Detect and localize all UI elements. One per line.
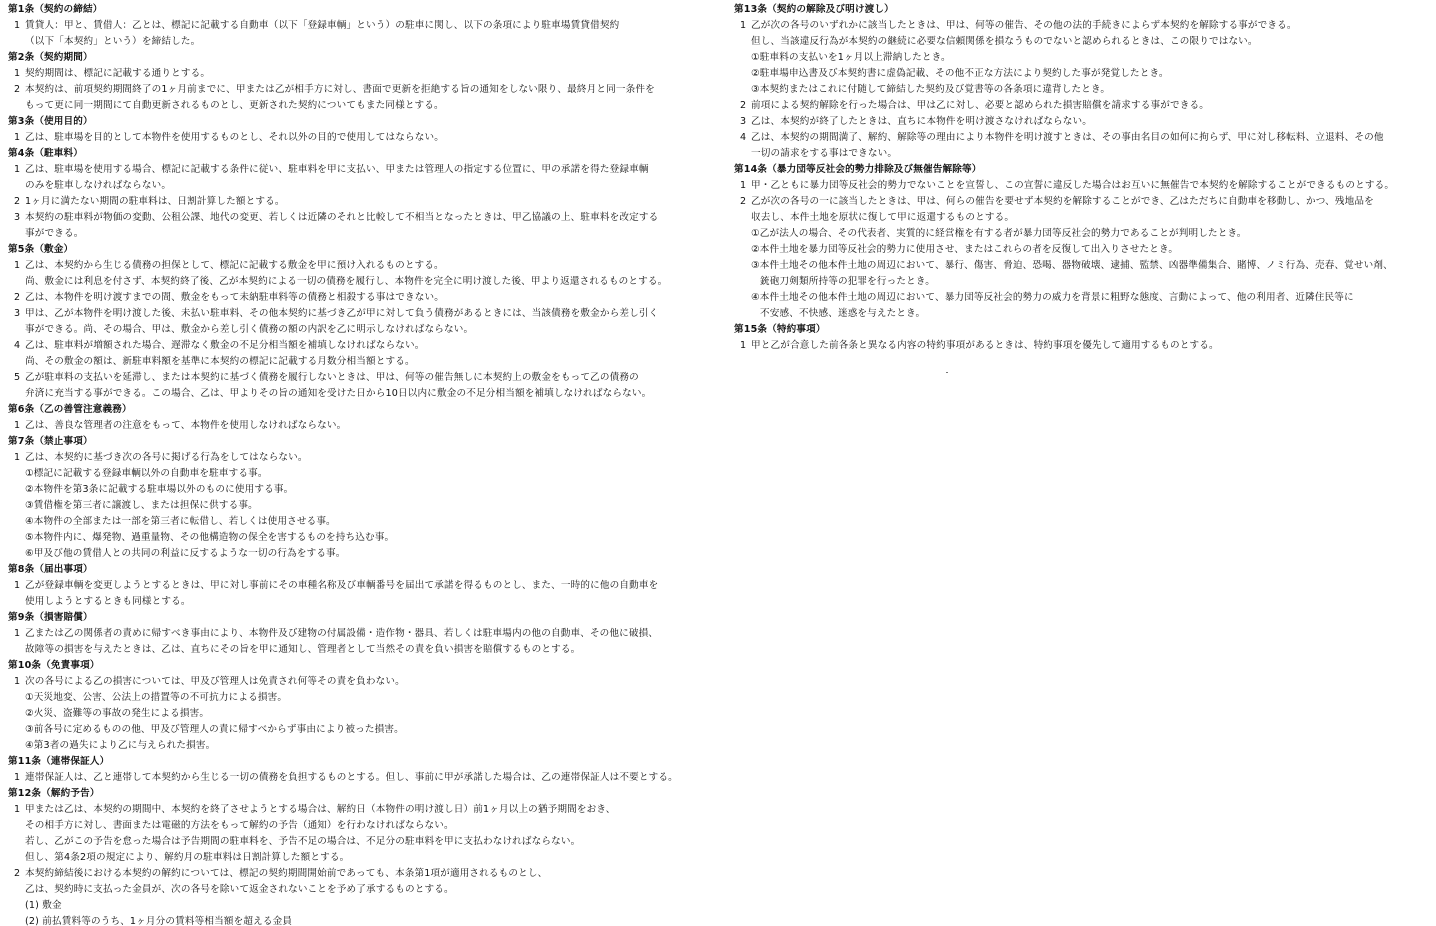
- sub-item: ④第3者の過失により乙に与えられた損害。: [8, 738, 708, 754]
- clause-text: 乙は、駐車場を使用する場合、標記に記載する条件に従い、駐車料を甲に支払い、甲また…: [25, 164, 649, 175]
- article-heading: 第8条（届出事項）: [8, 562, 708, 578]
- article-heading: 第12条（解約予告）: [8, 786, 708, 802]
- continuation-line: 若し、乙がこの予告を怠った場合は予告期間の駐車料を、予告不足の場合は、不足分の駐…: [8, 834, 708, 850]
- clause-number: 3: [14, 306, 25, 322]
- article-heading: 第10条（免責事項）: [8, 658, 708, 674]
- continuation-line: 故障等の損害を与えたときは、乙は、直ちにその旨を甲に通知し、管理者として当然その…: [8, 642, 708, 658]
- clause-number: 1: [14, 674, 25, 690]
- article-heading: 第2条（契約期間）: [8, 50, 708, 66]
- clause-number: 4: [740, 130, 751, 146]
- sub-item: ②駐車場申込書及び本契約書に虚偽記載、その他不正な方法により契約した事が発覚した…: [734, 66, 1434, 82]
- clause-item: 1乙は、善良な管理者の注意をもって、本物件を使用しなければならない。: [8, 418, 708, 434]
- clause-item: 2本契約は、前項契約期間終了の1ヶ月前までに、甲または乙が相手方に対し、書面で更…: [8, 82, 708, 98]
- continuation-line: 尚、敷金には利息を付さず、本契約終了後、乙が本契約による一切の債務を履行し、本物…: [8, 274, 708, 290]
- clause-number: 2: [14, 82, 25, 98]
- clause-item: 1連帯保証人は、乙と連帯して本契約から生じる一切の債務を負担するものとする。但し…: [8, 770, 708, 786]
- clause-number: 1: [14, 578, 25, 594]
- clause-number: 1: [14, 626, 25, 642]
- clause-item: 1甲・乙ともに暴力団等反社会的勢力でないことを宣誓し、この宣誓に違反した場合はお…: [734, 178, 1434, 194]
- clause-text: 次の各号による乙の損害については、甲及び管理人は免責され何等その責を負わない。: [25, 676, 405, 687]
- sub-item: ⑤本物件内に、爆発物、過重量物、その他構造物の保全を害するものを持ち込む事。: [8, 530, 708, 546]
- clause-text: 連帯保証人は、乙と連帯して本契約から生じる一切の債務を負担するものとする。但し、…: [25, 772, 678, 783]
- clause-item: 1乙は、駐車場を使用する場合、標記に記載する条件に従い、駐車料を甲に支払い、甲ま…: [8, 162, 708, 178]
- clause-number: 1: [14, 802, 25, 818]
- clause-text: 賃貸人：甲と、賃借人：乙とは、標記に記載する自動車（以下「登録車輌」という）の駐…: [25, 20, 619, 31]
- clause-number: 1: [14, 450, 25, 466]
- article-heading: 第15条（特約事項）: [734, 322, 1434, 338]
- clause-item: 4乙は、駐車料が増額された場合、遅滞なく敷金の不足分相当額を補填しなければならな…: [8, 338, 708, 354]
- clause-item: 2前項による契約解除を行った場合は、甲は乙に対し、必要と認められた損害賠償を請求…: [734, 98, 1434, 114]
- clause-item: 4乙は、本契約の期間満了、解約、解除等の理由により本物件を明け渡すときは、その事…: [734, 130, 1434, 146]
- clause-number: 2: [14, 866, 25, 882]
- clause-text: 乙が登録車輌を変更しようとするときは、甲に対し事前にその車種名称及び車輌番号を届…: [25, 580, 658, 591]
- clause-text: 1ヶ月に満たない期間の駐車料は、日割計算した額とする。: [25, 196, 285, 207]
- clause-item: 2本契約締結後における本契約の解約については、標記の契約期間開始前であっても、本…: [8, 866, 708, 882]
- clause-text: 乙は、駐車料が増額された場合、遅滞なく敷金の不足分相当額を補填しなければならない…: [25, 340, 425, 351]
- continuation-line: 尚、その敷金の額は、新駐車料額を基準に本契約の標記に記載する月数分相当額とする。: [8, 354, 708, 370]
- clause-number: 1: [14, 162, 25, 178]
- clause-item: 21ヶ月に満たない期間の駐車料は、日割計算した額とする。: [8, 194, 708, 210]
- clause-item: 3乙は、本契約が終了したときは、直ちに本物件を明け渡さなければならない。: [734, 114, 1434, 130]
- clause-item: 1乙は、本契約に基づき次の各号に掲げる行為をしてはならない。: [8, 450, 708, 466]
- clause-number: 3: [14, 210, 25, 226]
- continuation-line: 事ができる。尚、その場合、甲は、敷金から差し引く債務の額の内訳を乙に明示しなけれ…: [8, 322, 708, 338]
- sub-item: ②火災、盗難等の事故の発生による損害。: [8, 706, 708, 722]
- clause-text: 乙は、本契約から生じる債務の担保として、標記に記載する敷金を甲に預け入れるものと…: [25, 260, 444, 271]
- continuation-line: 使用しようとするときも同様とする。: [8, 594, 708, 610]
- continuation-line: もって更に同一期間にて自動更新されるものとし、更新された契約についてもまた同様と…: [8, 98, 708, 114]
- clause-number: 3: [740, 114, 751, 130]
- clause-item: 5乙が駐車料の支払いを延滞し、または本契約に基づく債務を履行しないときは、甲は、…: [8, 370, 708, 386]
- clause-item: 1乙が次の各号のいずれかに該当したときは、甲は、何等の催告、その他の法的手続きに…: [734, 18, 1434, 34]
- clause-number: 1: [740, 178, 751, 194]
- clause-number: 4: [14, 338, 25, 354]
- sub-item: ③前各号に定めるものの他、甲及び管理人の責に帰すべからず事由により被った損害。: [8, 722, 708, 738]
- sub-item: ②本物件を第3条に記載する駐車場以外のものに使用する事。: [8, 482, 708, 498]
- clause-item: 1賃貸人：甲と、賃借人：乙とは、標記に記載する自動車（以下「登録車輌」という）の…: [8, 18, 708, 34]
- sub-item: ④本物件の全部または一部を第三者に転借し、若しくは使用させる事。: [8, 514, 708, 530]
- clause-text: 乙は、駐車場を目的として本物件を使用するものとし、それ以外の目的で使用してはなら…: [25, 132, 444, 143]
- continuation-line: のみを駐車しなければならない。: [8, 178, 708, 194]
- sub-item: ④本件土地その他本件土地の周辺において、暴力団等反社会的勢力の威力を背景に粗野な…: [734, 290, 1434, 306]
- clause-item: 1乙が登録車輌を変更しようとするときは、甲に対し事前にその車種名称及び車輌番号を…: [8, 578, 708, 594]
- left-column: 第1条（契約の締結）1賃貸人：甲と、賃借人：乙とは、標記に記載する自動車（以下「…: [8, 2, 708, 926]
- clause-number: 2: [14, 194, 25, 210]
- clause-item: 1次の各号による乙の損害については、甲及び管理人は免責され何等その責を負わない。: [8, 674, 708, 690]
- sub-item: ③本件土地その他本件土地の周辺において、暴行、傷害、脅迫、恐喝、器物破壊、逮捕、…: [734, 258, 1434, 274]
- clause-text: 乙は、本物件を明け渡すまでの間、敷金をもって未納駐車料等の債務と相殺する事はでき…: [25, 292, 444, 303]
- clause-item: 1甲と乙が合意した前各条と異なる内容の特約事項があるときは、特約事項を優先して適…: [734, 338, 1434, 354]
- continuation-line: (1) 敷金: [8, 898, 708, 914]
- clause-number: 1: [14, 18, 25, 34]
- clause-number: 2: [740, 194, 751, 210]
- clause-number: 1: [14, 130, 25, 146]
- clause-text: 乙が次の各号の一に該当したときは、甲は、何らの催告を要せず本契約を解除することが…: [751, 196, 1374, 207]
- clause-text: 乙または乙の関係者の責めに帰すべき事由により、本物件及び建物の付属設備・造作物・…: [25, 628, 658, 639]
- continuation-line: 但し、第4条2項の規定により、解約月の駐車料は日割計算した額とする。: [8, 850, 708, 866]
- article-heading: 第13条（契約の解除及び明け渡し）: [734, 2, 1434, 18]
- sub-item: ①標記に記載する登録車輌以外の自動車を駐車する事。: [8, 466, 708, 482]
- clause-item: 1乙または乙の関係者の責めに帰すべき事由により、本物件及び建物の付属設備・造作物…: [8, 626, 708, 642]
- right-column: 第13条（契約の解除及び明け渡し）1乙が次の各号のいずれかに該当したときは、甲は…: [734, 2, 1434, 354]
- clause-text: 乙は、本契約の期間満了、解約、解除等の理由により本物件を明け渡すときは、その事由…: [751, 132, 1384, 143]
- article-heading: 第11条（連帯保証人）: [8, 754, 708, 770]
- sub-item: ①駐車料の支払いを1ヶ月以上滞納したとき。: [734, 50, 1434, 66]
- clause-number: 1: [740, 338, 751, 354]
- continuation-line: 乙は、契約時に支払った金員が、次の各号を除いて返金されないことを予め了承するもの…: [8, 882, 708, 898]
- clause-item: 1乙は、駐車場を目的として本物件を使用するものとし、それ以外の目的で使用してはな…: [8, 130, 708, 146]
- clause-item: 2乙が次の各号の一に該当したときは、甲は、何らの催告を要せず本契約を解除すること…: [734, 194, 1434, 210]
- article-heading: 第6条（乙の善管注意義務）: [8, 402, 708, 418]
- clause-item: 3本契約の駐車料が物価の変動、公租公課、地代の変更、若しくは近隣のそれと比較して…: [8, 210, 708, 226]
- sub-item: ①乙が法人の場合、その代表者、実質的に経営権を有する者が暴力団等反社会的勢力であ…: [734, 226, 1434, 242]
- continuation-line: 一切の請求をする事はできない。: [734, 146, 1434, 162]
- clause-item: 3甲は、乙が本物件を明け渡した後、未払い駐車料、その他本契約に基づき乙が甲に対し…: [8, 306, 708, 322]
- article-heading: 第5条（敷金）: [8, 242, 708, 258]
- continuation-line: 事ができる。: [8, 226, 708, 242]
- continuation-line: 弁済に充当する事ができる。この場合、乙は、甲よりその旨の通知を受けた日から10日…: [8, 386, 708, 402]
- clause-text: 契約期間は、標記に記載する通りとする。: [25, 68, 210, 79]
- continuation-line: 収去し、本件土地を原状に復して甲に返還するものとする。: [734, 210, 1434, 226]
- clause-number: 1: [14, 66, 25, 82]
- sub-item: ⑥甲及び他の賃借人との共同の利益に反するような一切の行為をする事。: [8, 546, 708, 562]
- continuation-line: 但し、当該違反行為が本契約の継続に必要な信頼関係を損なうものでないと認められると…: [734, 34, 1434, 50]
- clause-number: 2: [740, 98, 751, 114]
- article-heading: 第4条（駐車料）: [8, 146, 708, 162]
- clause-text: 前項による契約解除を行った場合は、甲は乙に対し、必要と認められた損害賠償を請求す…: [751, 100, 1209, 111]
- clause-item: 2乙は、本物件を明け渡すまでの間、敷金をもって未納駐車料等の債務と相殺する事はで…: [8, 290, 708, 306]
- clause-text: 乙は、本契約が終了したときは、直ちに本物件を明け渡さなければならない。: [751, 116, 1092, 127]
- clause-number: 1: [14, 770, 25, 786]
- clause-text: 本契約は、前項契約期間終了の1ヶ月前までに、甲または乙が相手方に対し、書面で更新…: [25, 84, 655, 95]
- clause-text: 甲・乙ともに暴力団等反社会的勢力でないことを宣誓し、この宣誓に違反した場合はお互…: [751, 180, 1394, 191]
- clause-text: 甲と乙が合意した前各条と異なる内容の特約事項があるときは、特約事項を優先して適用…: [751, 340, 1219, 351]
- article-heading: 第3条（使用目的）: [8, 114, 708, 130]
- clause-text: 本契約締結後における本契約の解約については、標記の契約期間開始前であっても、本条…: [25, 868, 547, 879]
- article-heading: 第7条（禁止事項）: [8, 434, 708, 450]
- scan-speck: [946, 372, 948, 373]
- continuation-line: (2) 前払賃料等のうち、1ヶ月分の賃料等相当額を超える金員: [8, 914, 708, 926]
- clause-number: 1: [14, 258, 25, 274]
- clause-text: 甲は、乙が本物件を明け渡した後、未払い駐車料、その他本契約に基づき乙が甲に対して…: [25, 308, 658, 319]
- clause-text: 本契約の駐車料が物価の変動、公租公課、地代の変更、若しくは近隣のそれと比較して不…: [25, 212, 658, 223]
- clause-number: 1: [740, 18, 751, 34]
- article-heading: 第1条（契約の締結）: [8, 2, 708, 18]
- article-heading: 第9条（損害賠償）: [8, 610, 708, 626]
- clause-text: 乙は、本契約に基づき次の各号に掲げる行為をしてはならない。: [25, 452, 308, 463]
- sub-item: ③本契約またはこれに付随して締結した契約及び覚書等の各条項に違背したとき。: [734, 82, 1434, 98]
- clause-text: 乙が駐車料の支払いを延滞し、または本契約に基づく債務を履行しないときは、甲は、何…: [25, 372, 639, 383]
- clause-number: 1: [14, 418, 25, 434]
- clause-item: 1乙は、本契約から生じる債務の担保として、標記に記載する敷金を甲に預け入れるもの…: [8, 258, 708, 274]
- clause-number: 2: [14, 290, 25, 306]
- clause-item: 1甲または乙は、本契約の期間中、本契約を終了させようとする場合は、解約日（本物件…: [8, 802, 708, 818]
- continuation-line: 銃砲刀剣類所持等の犯罪を行ったとき。: [734, 274, 1434, 290]
- sub-item: ③賃借権を第三者に譲渡し、または担保に供する事。: [8, 498, 708, 514]
- article-heading: 第14条（暴力団等反社会的勢力排除及び無催告解除等）: [734, 162, 1434, 178]
- continuation-line: （以下「本契約」という）を締結した。: [8, 34, 708, 50]
- sub-item: ①天災地変、公害、公法上の措置等の不可抗力による損害。: [8, 690, 708, 706]
- continuation-line: その相手方に対し、書面または電磁的方法をもって解約の予告（通知）を行わなければな…: [8, 818, 708, 834]
- sub-item: ②本件土地を暴力団等反社会的勢力に使用させ、またはこれらの者を反復して出入りさせ…: [734, 242, 1434, 258]
- continuation-line: 不安感、不快感、迷惑を与えたとき。: [734, 306, 1434, 322]
- clause-text: 甲または乙は、本契約の期間中、本契約を終了させようとする場合は、解約日（本物件の…: [25, 804, 616, 815]
- clause-number: 5: [14, 370, 25, 386]
- clause-text: 乙は、善良な管理者の注意をもって、本物件を使用しなければならない。: [25, 420, 346, 431]
- clause-text: 乙が次の各号のいずれかに該当したときは、甲は、何等の催告、その他の法的手続きによ…: [751, 20, 1297, 31]
- clause-item: 1契約期間は、標記に記載する通りとする。: [8, 66, 708, 82]
